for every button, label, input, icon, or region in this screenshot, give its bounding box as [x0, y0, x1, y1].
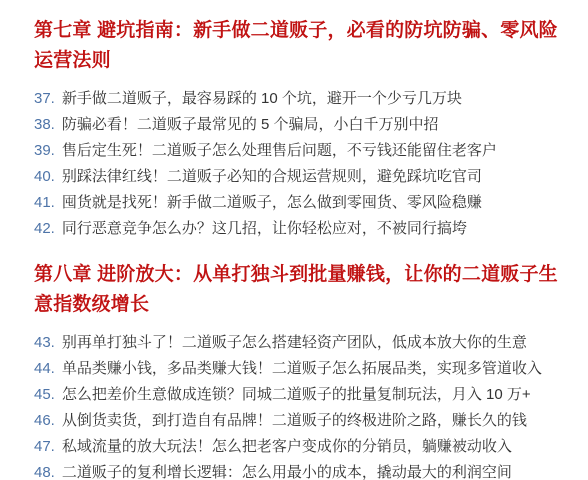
list-item: 40.别踩法律红线！二道贩子必知的合规运营规则，避免踩坑吃官司: [34, 164, 558, 190]
list-item: 45.怎么把差价生意做成连锁？同城二道贩子的批量复制玩法，月入 10 万+: [34, 382, 558, 408]
list-item: 37.新手做二道贩子，最容易踩的 10 个坑，避开一个少亏几万块: [34, 86, 558, 112]
item-number: 41.: [34, 194, 55, 211]
item-number: 44.: [34, 360, 55, 377]
item-text: 新手做二道贩子，最容易踩的 10 个坑，避开一个少亏几万块: [62, 90, 462, 107]
item-number: 43.: [34, 334, 55, 351]
item-number: 42.: [34, 220, 55, 237]
item-text: 怎么把差价生意做成连锁？同城二道贩子的批量复制玩法，月入 10 万+: [62, 386, 531, 403]
item-number: 48.: [34, 464, 55, 480]
list-item: 38.防骗必看！二道贩子最常见的 5 个骗局，小白千万别中招: [34, 112, 558, 138]
item-number: 40.: [34, 168, 55, 185]
item-text: 同行恶意竞争怎么办？这几招，让你轻松应对，不被同行搞垮: [62, 220, 467, 237]
item-number: 37.: [34, 90, 55, 107]
list-item: 46.从倒货卖货，到打造自有品牌！二道贩子的终极进阶之路，赚长久的钱: [34, 408, 558, 434]
list-item: 43.别再单打独斗了！二道贩子怎么搭建轻资产团队，低成本放大你的生意: [34, 330, 558, 356]
list-item: 44.单品类赚小钱，多品类赚大钱！二道贩子怎么拓展品类，实现多管道收入: [34, 356, 558, 382]
item-text: 防骗必看！二道贩子最常见的 5 个骗局，小白千万别中招: [62, 116, 439, 133]
item-text: 售后定生死！二道贩子怎么处理售后问题，不亏钱还能留住老客户: [62, 142, 497, 159]
chapter-8-list: 43.别再单打独斗了！二道贩子怎么搭建轻资产团队，低成本放大你的生意 44.单品…: [34, 330, 558, 480]
item-number: 47.: [34, 438, 55, 455]
chapter-7-section: 第七章 避坑指南：新手做二道贩子，必看的防坑防骗、零风险运营法则 37.新手做二…: [34, 16, 558, 242]
chapter-8-section: 第八章 进阶放大：从单打独斗到批量赚钱，让你的二道贩子生意指数级增长 43.别再…: [34, 260, 558, 480]
item-number: 46.: [34, 412, 55, 429]
item-text: 私域流量的放大玩法！怎么把老客户变成你的分销员，躺赚被动收入: [62, 438, 512, 455]
item-text: 从倒货卖货，到打造自有品牌！二道贩子的终极进阶之路，赚长久的钱: [62, 412, 527, 429]
item-number: 38.: [34, 116, 55, 133]
item-text: 别踩法律红线！二道贩子必知的合规运营规则，避免踩坑吃官司: [62, 168, 482, 185]
item-text: 别再单打独斗了！二道贩子怎么搭建轻资产团队，低成本放大你的生意: [62, 334, 527, 351]
list-item: 48.二道贩子的复利增长逻辑：怎么用最小的成本，撬动最大的利润空间: [34, 460, 558, 480]
item-number: 45.: [34, 386, 55, 403]
list-item: 42.同行恶意竞争怎么办？这几招，让你轻松应对，不被同行搞垮: [34, 216, 558, 242]
chapter-8-heading: 第八章 进阶放大：从单打独斗到批量赚钱，让你的二道贩子生意指数级增长: [34, 260, 558, 320]
list-item: 39.售后定生死！二道贩子怎么处理售后问题，不亏钱还能留住老客户: [34, 138, 558, 164]
list-item: 41.囤货就是找死！新手做二道贩子，怎么做到零囤货、零风险稳赚: [34, 190, 558, 216]
item-text: 囤货就是找死！新手做二道贩子，怎么做到零囤货、零风险稳赚: [62, 194, 482, 211]
item-text: 单品类赚小钱，多品类赚大钱！二道贩子怎么拓展品类，实现多管道收入: [62, 360, 542, 377]
item-number: 39.: [34, 142, 55, 159]
list-item: 47.私域流量的放大玩法！怎么把老客户变成你的分销员，躺赚被动收入: [34, 434, 558, 460]
item-text: 二道贩子的复利增长逻辑：怎么用最小的成本，撬动最大的利润空间: [62, 464, 512, 480]
chapter-7-list: 37.新手做二道贩子，最容易踩的 10 个坑，避开一个少亏几万块 38.防骗必看…: [34, 86, 558, 242]
chapter-7-heading: 第七章 避坑指南：新手做二道贩子，必看的防坑防骗、零风险运营法则: [34, 16, 558, 76]
